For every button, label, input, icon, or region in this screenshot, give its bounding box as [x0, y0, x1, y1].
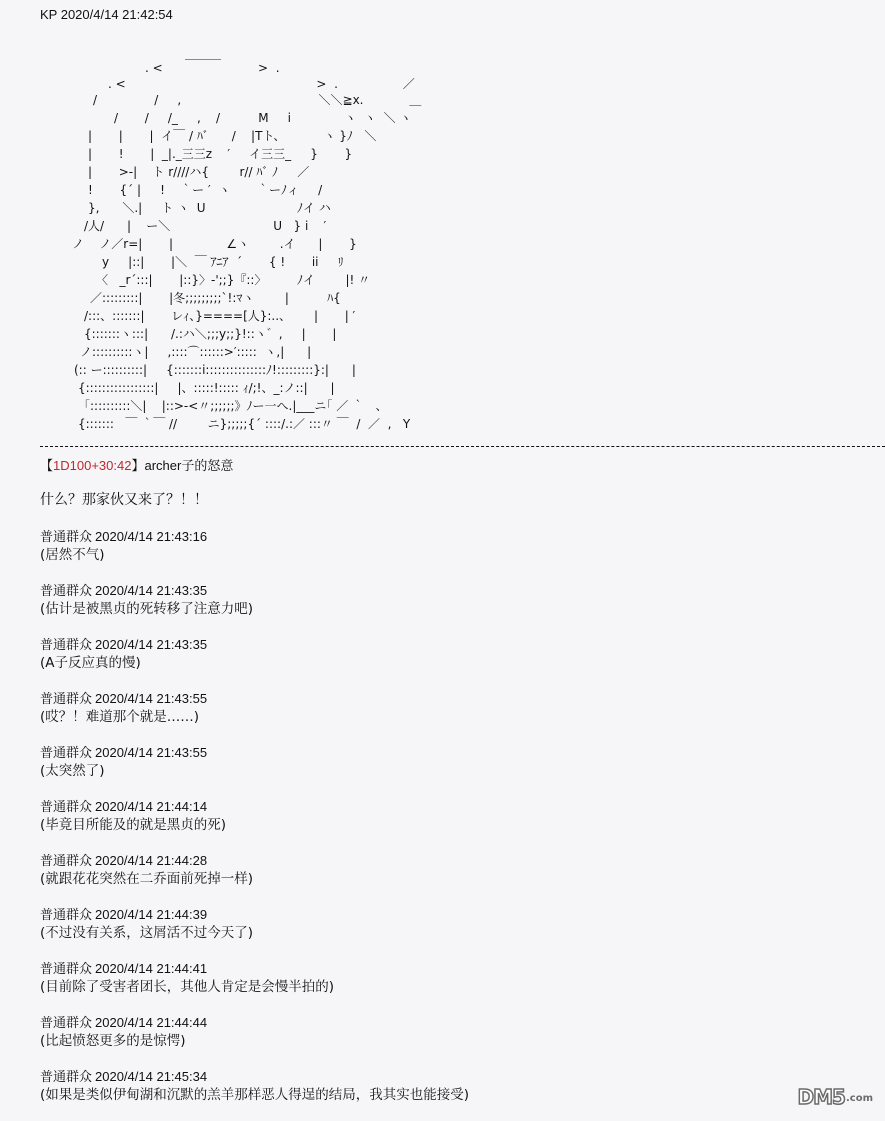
comment-timestamp: 2020/4/14 21:44:44	[95, 1015, 207, 1030]
comment-timestamp: 2020/4/14 21:44:39	[95, 907, 207, 922]
comment-header: 普通群众2020/4/14 21:43:35	[40, 636, 860, 654]
ascii-art-line: ノ ノ／r=| | ∠ヽ .イ | }	[72, 236, 357, 252]
comment-header: 普通群众2020/4/14 21:45:34	[40, 1068, 860, 1086]
ascii-art-line: ノ::::::::::ヽ| ,::::⌒::::::>′::::: ヽ,| |	[80, 344, 311, 360]
ascii-art: ＿＿＿. < > .. < > . ／/ / , ＼＼≧x. ＿/ /	[0, 40, 885, 440]
comment-header: 普通群众2020/4/14 21:44:39	[40, 906, 860, 924]
roll-title: archer子的怒意	[144, 458, 233, 473]
comment-header: 普通群众2020/4/14 21:43:55	[40, 690, 860, 708]
comment-timestamp: 2020/4/14 21:44:41	[95, 961, 207, 976]
comment-body: (太突然了)	[40, 762, 860, 780]
ascii-art-line: / / /_ , / M i ヽ ヽ ＼ ヽ	[114, 110, 411, 126]
comment-item: 普通群众2020/4/14 21:43:55(太突然了)	[40, 744, 860, 798]
comment-author: 普通群众	[40, 1016, 92, 1031]
comment-header: 普通群众2020/4/14 21:43:35	[40, 582, 860, 600]
ascii-art-line: {::::::: ￣ ｀￣ // ニ};;;;;{´ ::::/.:／ :::〃…	[78, 416, 410, 432]
ascii-art-line: 〈 _r´:::| |::}〉-';;}『::〉 ﾉイ |! 〃	[96, 272, 370, 288]
comment-item: 普通群众2020/4/14 21:44:41(目前除了受害者团长，其他人肯定是会…	[40, 960, 860, 1014]
comment-timestamp: 2020/4/14 21:43:35	[95, 583, 207, 598]
comment-author: 普通群众	[40, 530, 92, 545]
ascii-art-line: ! {´ | ! ｀ー ′ ヽ ｀ーﾉィ /	[88, 182, 322, 198]
comment-header: 普通群众2020/4/14 21:43:16	[40, 528, 860, 546]
divider-line	[40, 446, 885, 447]
comment-author: 普通群众	[40, 962, 92, 977]
comment-timestamp: 2020/4/14 21:45:34	[95, 1069, 207, 1084]
comment-body: (就跟花花突然在二乔面前死掉一样)	[40, 870, 860, 888]
comment-author: 普通群众	[40, 692, 92, 707]
ascii-art-line: | >‐| ト r////ハ{ r// ﾊﾞ ﾉ ／	[88, 164, 309, 180]
ascii-art-line: . < > . ／	[108, 76, 415, 92]
comment-item: 普通群众2020/4/14 21:43:35(估计是被黑贞的死转移了注意力吧)	[40, 582, 860, 636]
comment-body: (居然不气)	[40, 546, 860, 564]
ascii-art-line: (:: ー::::::::::| {:::::::i::::::::::::::…	[74, 362, 356, 378]
comment-timestamp: 2020/4/14 21:44:14	[95, 799, 207, 814]
comment-timestamp: 2020/4/14 21:43:55	[95, 745, 207, 760]
comment-header: 普通群众2020/4/14 21:44:14	[40, 798, 860, 816]
comment-author: 普通群众	[40, 800, 92, 815]
comment-body: (估计是被黑贞的死转移了注意力吧)	[40, 600, 860, 618]
ascii-art-line: {:::::::::::::::::| |、:::::!::::: ｨ/;!、_…	[78, 380, 335, 396]
post-header: KP 2020/4/14 21:42:54	[40, 7, 173, 23]
comment-header: 普通群众2020/4/14 21:44:28	[40, 852, 860, 870]
comment-item: 普通群众2020/4/14 21:45:34(如果是类似伊甸湖和沉默的羔羊那样恶…	[40, 1068, 860, 1121]
comment-author: 普通群众	[40, 638, 92, 653]
kp-dialogue: 什么？那家伙又来了？！！	[40, 490, 208, 510]
comment-timestamp: 2020/4/14 21:43:16	[95, 529, 207, 544]
dice-roll-line: 【1D100+30:42】archer子的怒意	[40, 457, 233, 476]
watermark-sub: .com	[846, 1093, 873, 1105]
comment-timestamp: 2020/4/14 21:43:55	[95, 691, 207, 706]
comment-body: (哎？！难道那个就是……)	[40, 708, 860, 726]
roll-open-bracket: 【	[40, 459, 53, 474]
ascii-art-line: | | | イ￣ / ﾊﾞ / |Tト、 ヽ }ﾉ ＼	[88, 128, 376, 144]
ascii-art-line: 「::::::::::＼| |::>‐<〃;;;;;;》ﾉー一へ.|___ニ｢ …	[78, 398, 388, 414]
ascii-art-line: }, ＼.| ト ヽ U ﾉイ ハ	[88, 200, 331, 216]
comment-list: 普通群众2020/4/14 21:43:16(居然不气)普通群众2020/4/1…	[40, 528, 860, 1121]
comment-item: 普通群众2020/4/14 21:44:28(就跟花花突然在二乔面前死掉一样)	[40, 852, 860, 906]
comment-item: 普通群众2020/4/14 21:44:44(比起愤怒更多的是惊愕)	[40, 1014, 860, 1068]
comment-timestamp: 2020/4/14 21:44:28	[95, 853, 207, 868]
comment-body: (毕竟目所能及的就是黑贞的死)	[40, 816, 860, 834]
comment-header: 普通群众2020/4/14 21:43:55	[40, 744, 860, 762]
comment-item: 普通群众2020/4/14 21:44:14(毕竟目所能及的就是黑贞的死)	[40, 798, 860, 852]
ascii-art-line: / / , ＼＼≧x. ＿	[93, 92, 421, 108]
comment-author: 普通群众	[40, 746, 92, 761]
comment-body: (不过没有关系，这屑活不过今天了)	[40, 924, 860, 942]
roll-result: 1D100+30:42	[53, 458, 131, 473]
comment-timestamp: 2020/4/14 21:43:35	[95, 637, 207, 652]
comment-item: 普通群众2020/4/14 21:44:39(不过没有关系，这屑活不过今天了)	[40, 906, 860, 960]
comment-author: 普通群众	[40, 584, 92, 599]
roll-close-bracket: 】	[131, 459, 144, 474]
comment-author: 普通群众	[40, 854, 92, 869]
comment-author: 普通群众	[40, 908, 92, 923]
comment-body: (如果是类似伊甸湖和沉默的羔羊那样恶人得逞的结局，我其实也能接受)	[40, 1086, 860, 1104]
ascii-art-line: /:::、:::::::| レｨ、}====[人}:..、 | | ′	[84, 308, 355, 324]
comment-header: 普通群众2020/4/14 21:44:44	[40, 1014, 860, 1032]
comment-item: 普通群众2020/4/14 21:43:16(居然不气)	[40, 528, 860, 582]
comment-item: 普通群众2020/4/14 21:43:35(A子反应真的慢)	[40, 636, 860, 690]
ascii-art-line: . < > .	[145, 60, 280, 76]
comment-header: 普通群众2020/4/14 21:44:41	[40, 960, 860, 978]
comment-author: 普通群众	[40, 1070, 92, 1085]
comment-body: (比起愤怒更多的是惊愕)	[40, 1032, 860, 1050]
ascii-art-line: /人/ | ー＼ U } i ′	[84, 218, 326, 234]
comment-body: (目前除了受害者团长，其他人肯定是会慢半拍的)	[40, 978, 860, 996]
watermark-main: DM5	[798, 1087, 845, 1107]
ascii-art-line: y |::| |＼ ￣ ｱﾆｱ ´ { ! ii ﾘ	[102, 254, 344, 270]
comment-item: 普通群众2020/4/14 21:43:55(哎？！难道那个就是……)	[40, 690, 860, 744]
comment-body: (A子反应真的慢)	[40, 654, 860, 672]
ascii-art-line: {:::::::ヽ:::| /.:ハ＼;;;y;;}!::ヽ゛, | |	[84, 326, 336, 342]
ascii-art-line: ／:::::::::| |冬;;;;;;;;;`!:ﾏヽ | ﾊ{	[90, 290, 341, 306]
ascii-art-line: | ! | _|._三三z ′ イ三三_ } }	[88, 146, 352, 162]
site-watermark-logo: DM5 .com	[798, 1087, 873, 1107]
